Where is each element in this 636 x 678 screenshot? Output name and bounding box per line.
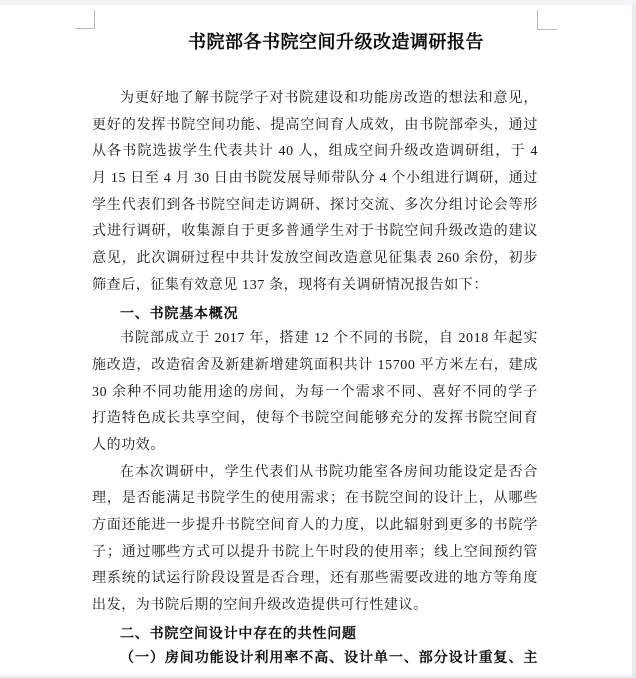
- text-line: 筛查后，征集有效意见 137 条，现将有关调研情况报告如下：: [92, 273, 538, 300]
- text-line: 方面还能进一步提升书院空间育人的力度，以此辐射到更多的书院学: [92, 513, 538, 540]
- text-line: 打造特色成长共享空间，使每个书院空间能够充分的发挥书院空间育: [92, 406, 538, 433]
- text-line: 意见，此次调研过程中共计发放空间改造意见征集表 260 余份，初步: [92, 246, 538, 273]
- margin-crop-mark-top-right: [537, 10, 557, 30]
- document-body: 为更好地了解书院学子对书院建设和功能房改造的想法和意见， 更好的发挥书院空间功能…: [92, 86, 538, 673]
- text-line: 人的功效。: [92, 433, 538, 460]
- text-line: 出发，为书院后期的空间升级改造提供可行性建议。: [92, 593, 538, 620]
- text-line: 更好的发挥书院空间功能、提高空间育人成效，由书院部牵头，通过: [92, 113, 538, 140]
- text-line: 理系统的试运行阶段设置是否合理，还有那些需要改进的地方等角度: [92, 566, 538, 593]
- text-line: 式进行调研，收集源自于更多普通学生对于书院空间升级改造的建议: [92, 219, 538, 246]
- section-heading: 二、书院空间设计中存在的共性问题: [92, 620, 538, 647]
- text-line: 理，是否能满足书院学生的使用需求；在书院空间的设计上，从哪些: [92, 486, 538, 513]
- document-page: 书院部各书院空间升级改造调研报告 为更好地了解书院学子对书院建设和功能房改造的想…: [0, 0, 636, 678]
- text-line: 从各书院选拔学生代表共计 40 人，组成空间升级改造调研组，于 4: [92, 139, 538, 166]
- text-line: 为更好地了解书院学子对书院建设和功能房改造的想法和意见，: [92, 86, 538, 113]
- section-heading: 一、书院基本概况: [92, 300, 538, 327]
- text-line: 施改造，改造宿舍及新建新增建筑面积共计 15700 平方米左右，建成: [92, 353, 538, 380]
- margin-crop-mark-top-left: [75, 10, 95, 29]
- app-frame-top-edge: [0, 0, 636, 5]
- subsection-heading: （一）房间功能设计利用率不高、设计单一、部分设计重复、主: [92, 646, 538, 673]
- scrollbar-track[interactable]: [632, 5, 636, 678]
- text-line: 书院部成立于 2017 年，搭建 12 个不同的书院，自 2018 年起实: [92, 326, 538, 353]
- text-line: 子；通过哪些方式可以提升书院上午时段的使用率；线上空间预约管: [92, 540, 538, 567]
- report-title: 书院部各书院空间升级改造调研报告: [92, 28, 538, 56]
- text-line: 月 15 日至 4 月 30 日由书院发展导师带队分 4 个小组进行调研，通过: [92, 166, 538, 193]
- text-line: 学生代表们到各书院空间走访调研、探讨交流、多次分组讨论会等形: [92, 193, 538, 220]
- text-line: 在本次调研中，学生代表们从书院功能室各房间功能设定是否合: [92, 460, 538, 487]
- text-line: 30 余种不同功能用途的房间，为每一个需求不同、喜好不同的学子: [92, 380, 538, 407]
